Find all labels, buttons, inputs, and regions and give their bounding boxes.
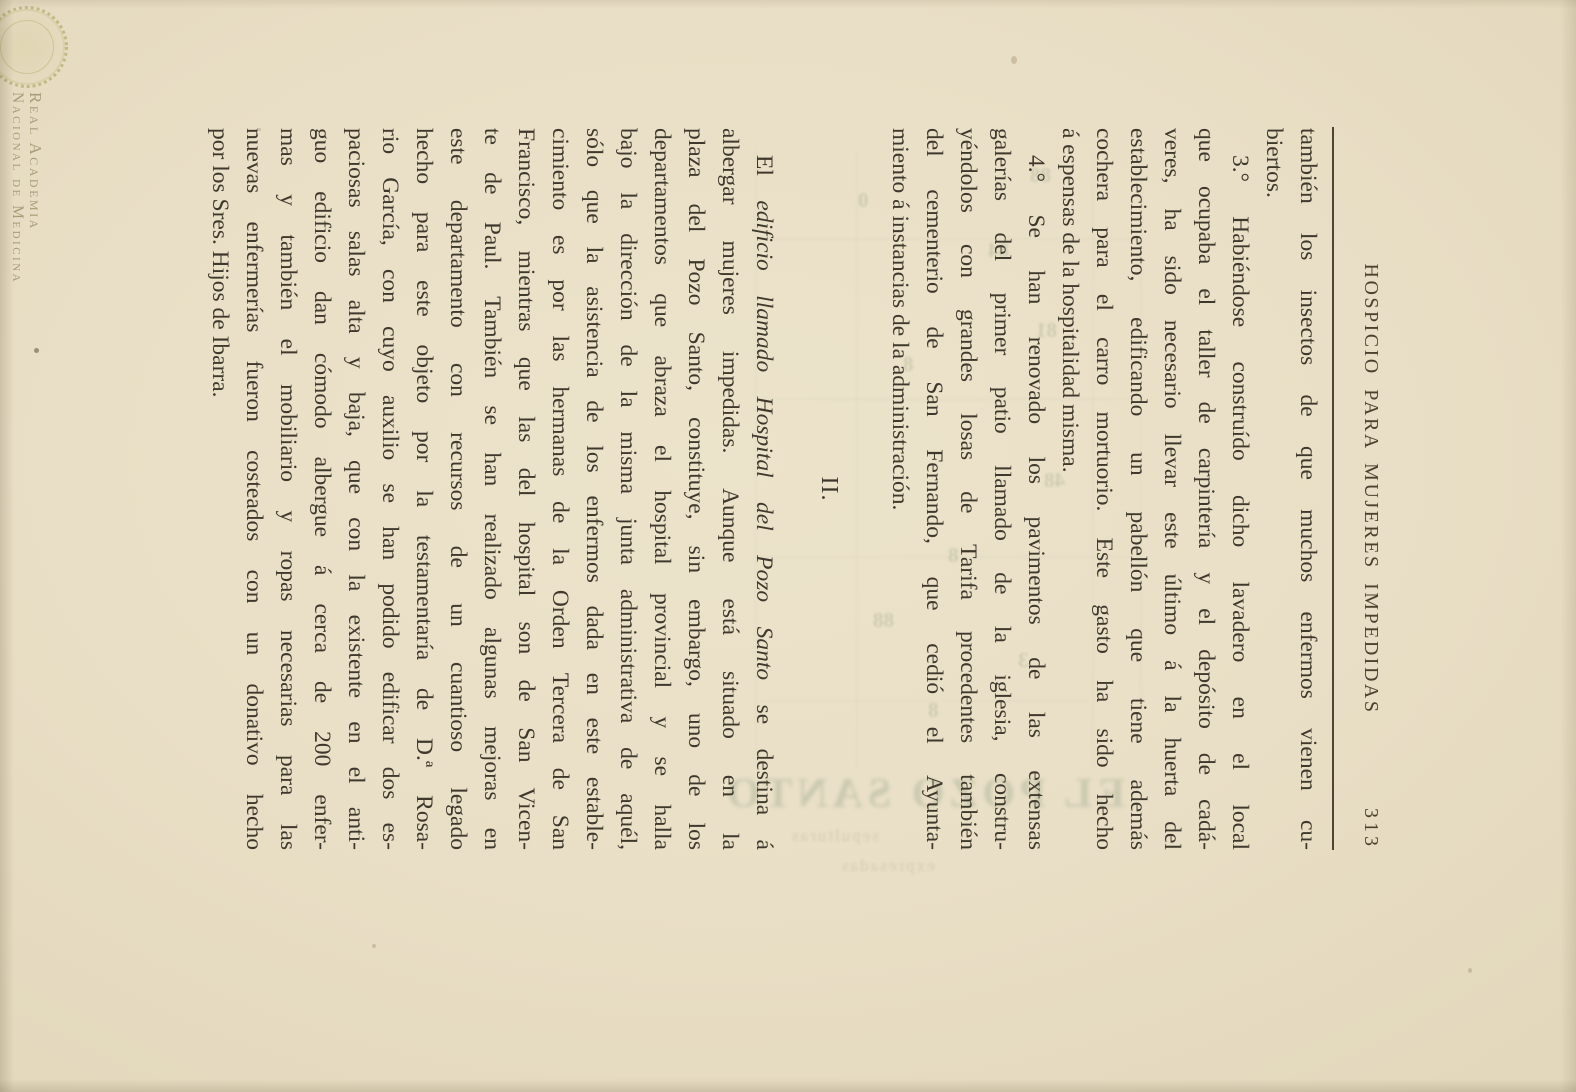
text-line: del cementerio de San Fernando, que cedi…	[917, 128, 951, 850]
stamp-line-2: Nacional de Medicina	[8, 92, 26, 284]
text-line: te de Paul. También se han realizado alg…	[475, 128, 509, 850]
page-number: 313	[1359, 808, 1382, 850]
text-line: rio García, con cuyo auxilio se han podi…	[373, 128, 407, 850]
text-line: bajo la dirección de la misma junta admi…	[611, 128, 645, 850]
text-line: nuevas enfermerías fueron costeados con …	[237, 128, 271, 850]
text-segment: se destina á	[751, 680, 777, 850]
library-seal-icon	[0, 6, 68, 88]
text-line: biertos.	[1257, 128, 1291, 850]
text-line: á espensas de la hospitalidad misma.	[1053, 128, 1087, 850]
library-stamp: Real Academia Nacional de Medicina	[8, 92, 44, 284]
text-line: sólo que la asistencia de los enfermos d…	[577, 128, 611, 850]
book-page: HOSPICIO PARA MUJERES IMPEDIDAS 313 tamb…	[0, 0, 1576, 1092]
text-line: departamentos que abraza el hospital pro…	[645, 128, 679, 850]
text-line: albergar mujeres impedidas. Aunque está …	[713, 128, 747, 850]
text-line: por los Sres. Hijos de Ibarra.	[203, 128, 237, 850]
text-line: 4.° Se han renovado los pavimentos de la…	[1019, 128, 1053, 850]
text-line: miento á instancias de la administración…	[883, 128, 917, 850]
text-line: paciosas salas alta y baja, que con la e…	[339, 128, 373, 850]
text-line: que ocupaba el taller de carpintería y e…	[1189, 128, 1223, 850]
stamp-dot	[34, 348, 39, 353]
text-line: El edificio llamado Hospital del Pozo Sa…	[747, 128, 781, 850]
text-line: también los insectos de que muchos enfer…	[1291, 128, 1325, 850]
text-line: plaza del Pozo Santo, constituye, sin em…	[679, 128, 713, 850]
text-segment: El	[751, 155, 777, 200]
italic-phrase: edificio llamado Hospital del Pozo Santo	[751, 200, 777, 680]
text-line: cochera para el carro mortuorio. Este ga…	[1087, 128, 1121, 850]
text-line: 3.° Habiéndose construído dicho lavadero…	[1223, 128, 1257, 850]
body-text: también los insectos de que muchos enfer…	[203, 128, 1325, 850]
stamp-line-1: Real Academia	[26, 92, 44, 284]
text-line: yéndolos con grandes losas de Tarifa pro…	[951, 128, 985, 850]
text-line: cimiento es por las hermanas de la Orden…	[543, 128, 577, 850]
running-header: HOSPICIO PARA MUJERES IMPEDIDAS 313	[1359, 128, 1382, 850]
section-heading: II.	[812, 128, 846, 850]
scanned-book-page: EL POZO SANTO sepulturas expresadas 8884…	[0, 0, 1576, 1092]
text-line: veres, ha sido necesario llevar este últ…	[1155, 128, 1189, 850]
text-line: mas y también el mobiliario y ropas nece…	[271, 128, 305, 850]
text-line: este departamento con recursos de un cua…	[441, 128, 475, 850]
header-rule	[1332, 127, 1334, 850]
text-line: hecho para este objeto por la testamenta…	[407, 128, 441, 850]
text-line: Francisco, mientras que las del hospital…	[509, 128, 543, 850]
running-header-title: HOSPICIO PARA MUJERES IMPEDIDAS	[1360, 264, 1382, 715]
text-line: galerías del primer patio llamado de la …	[985, 128, 1019, 850]
text-line: guo edificio dan cómodo albergue á cerca…	[305, 128, 339, 850]
text-line: establecimiento, edificando un pabellón …	[1121, 128, 1155, 850]
